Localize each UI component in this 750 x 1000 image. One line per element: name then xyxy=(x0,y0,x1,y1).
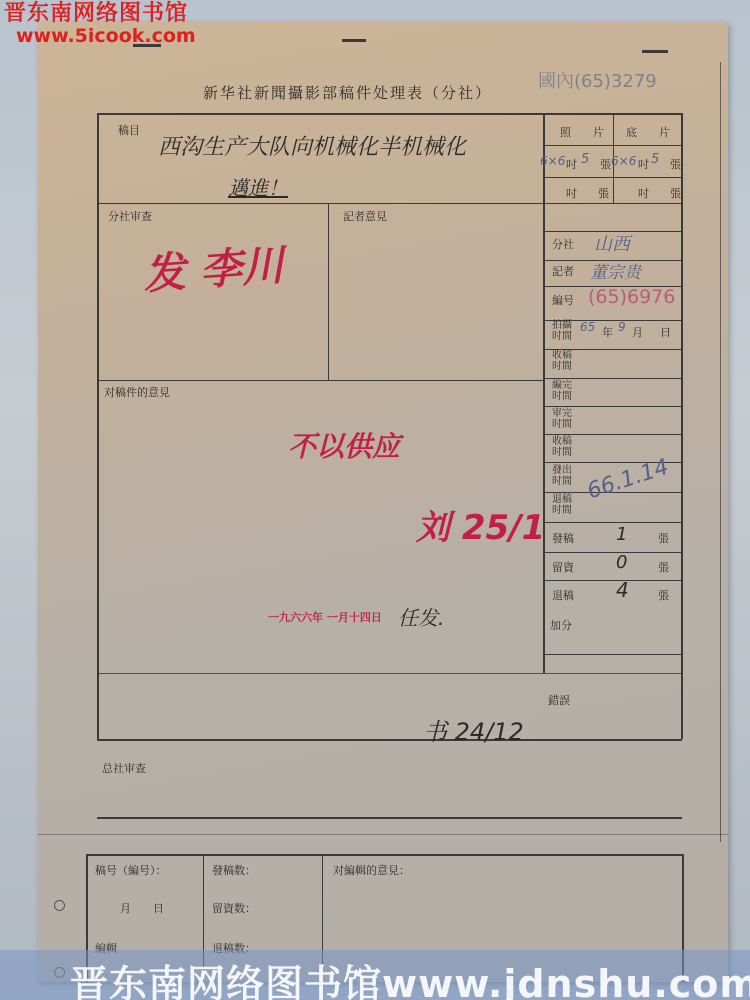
error-label: 錯誤 xyxy=(548,692,570,708)
grid-line xyxy=(543,580,681,581)
sent-value: 1 xyxy=(616,524,627,545)
reporter-label: 記者 xyxy=(552,263,574,279)
watermark-top: 晋东南网络图书馆 www.5icook.com xyxy=(4,2,196,47)
manuscript-opinion-label: 对稿件的意見 xyxy=(104,384,170,400)
grid-line xyxy=(543,177,681,178)
sheet-unit: 張 xyxy=(600,156,611,172)
inch-unit: 吋 xyxy=(566,185,577,201)
grid-line xyxy=(543,406,681,407)
table-border-bottom xyxy=(97,817,682,819)
negative-header: 底 片 xyxy=(626,124,670,140)
side-panel-divider xyxy=(543,113,545,673)
month-unit: 月 xyxy=(632,324,643,340)
watermark-bottom-bar: 晋东南网络图书馆www.jdnshu.com xyxy=(0,950,750,1000)
table-border-right xyxy=(681,113,683,739)
document-paper: 新华社新聞攝影部稿件处理表（分社） 國內(65)3279 稿目 西沟生产大队向机… xyxy=(38,22,728,982)
grid-line xyxy=(543,434,681,435)
returned-label: 退稿 xyxy=(552,587,574,603)
number-label: 編号 xyxy=(552,292,574,308)
receive2-time-label: 收稿时間 xyxy=(552,436,576,458)
branch-review-signature: 发 李川 xyxy=(141,232,285,302)
watermark-top-url: www.5icook.com xyxy=(4,26,196,47)
dispatch-time-label: 發出时間 xyxy=(552,465,576,487)
slip-border-top xyxy=(86,854,683,856)
row-divider xyxy=(97,673,682,674)
photo-size-value: 6×6 xyxy=(540,154,565,168)
watermark-bottom-text: 晋东南网络图书馆www.jdnshu.com xyxy=(70,953,750,1000)
tear-line xyxy=(38,834,728,835)
sent-label: 發稿 xyxy=(552,530,574,546)
negative-qty-value: 5 xyxy=(651,152,659,167)
manuscript-opinion-signature: 刘 25/1 xyxy=(416,500,545,549)
row-divider xyxy=(97,380,544,381)
slip-sent-count-label: 發稿数： xyxy=(212,862,256,878)
sheet-unit: 張 xyxy=(658,587,669,603)
branch-review-label: 分社审查 xyxy=(108,208,152,224)
return-time-label: 退稿时間 xyxy=(552,494,576,516)
manuscript-opinion-note: 不以供应 xyxy=(288,425,400,465)
form-title: 新华社新聞攝影部稿件处理表（分社） xyxy=(203,82,492,103)
col-divider xyxy=(328,203,329,380)
grid-line xyxy=(543,552,681,553)
slip-month-day: 月 日 xyxy=(120,900,164,916)
reporter-opinion-label: 記者意見 xyxy=(343,208,387,224)
slip-kept-count-label: 留資数： xyxy=(212,900,256,916)
shot-month-value: 9 xyxy=(618,320,626,334)
day-unit: 日 xyxy=(660,324,671,340)
review-done-time-label: 审完时間 xyxy=(552,408,576,430)
hq-review-label: 总社审查 xyxy=(102,760,146,776)
year-unit: 年 xyxy=(602,324,613,340)
table-border-hq xyxy=(97,739,682,741)
kept-label: 留資 xyxy=(552,559,574,575)
inch-unit: 吋 xyxy=(638,156,649,172)
grid-line xyxy=(543,378,681,379)
table-border-top xyxy=(97,113,682,115)
section-title-label: 稿目 xyxy=(118,122,140,138)
punch-mark xyxy=(642,50,668,53)
grid-line xyxy=(543,522,681,523)
punch-hole xyxy=(54,900,65,911)
watermark-top-name: 晋东南网络图书馆 xyxy=(4,2,196,26)
sheet-unit: 張 xyxy=(658,530,669,546)
branch-value: 山西 xyxy=(594,230,630,256)
returned-value: 4 xyxy=(616,578,629,602)
section-title-handwritten: 西沟生产大队向机械化半机械化 xyxy=(158,130,466,161)
bottom-signature: 书 24/12 xyxy=(423,712,524,747)
photo-header: 照 片 xyxy=(560,124,604,140)
sheet-unit: 張 xyxy=(658,559,669,575)
sheet-unit: 張 xyxy=(670,156,681,172)
slip-code-label: 稿号（編号）： xyxy=(95,862,167,878)
grid-line xyxy=(543,145,681,146)
punch-mark xyxy=(342,39,366,42)
shot-time-label: 拍攝时間 xyxy=(552,320,576,342)
bonus-label: 加分 xyxy=(550,617,572,633)
number-stamp-value: (65)6976 xyxy=(588,286,675,308)
edit-done-time-label: 編完时間 xyxy=(552,380,576,402)
inch-unit: 吋 xyxy=(566,156,577,172)
branch-label: 分社 xyxy=(552,236,574,252)
slip-editor-opinion-label: 对編輯的意見： xyxy=(333,862,410,878)
inch-unit: 吋 xyxy=(638,185,649,201)
sheet-unit: 張 xyxy=(598,185,609,201)
sheet-unit: 張 xyxy=(670,185,681,201)
manuscript-initial: 任发. xyxy=(398,602,444,631)
receive-time-label: 收稿时間 xyxy=(552,350,576,372)
table-border-left xyxy=(97,113,99,739)
shot-year-value: 65 xyxy=(580,320,595,334)
negative-size-value: 6×6 xyxy=(611,154,636,168)
grid-line xyxy=(543,654,681,655)
reporter-value: 董宗贵 xyxy=(590,258,641,283)
date-stamp: 一九六六年 一月十四日 xyxy=(268,609,382,625)
row-divider xyxy=(97,203,682,204)
fold-line xyxy=(720,62,721,842)
archive-stamp-number: 國內(65)3279 xyxy=(538,67,657,93)
kept-value: 0 xyxy=(616,552,627,573)
section-title-handwritten-line2: 邁進！ xyxy=(228,172,288,201)
photo-qty-value: 5 xyxy=(581,152,589,167)
